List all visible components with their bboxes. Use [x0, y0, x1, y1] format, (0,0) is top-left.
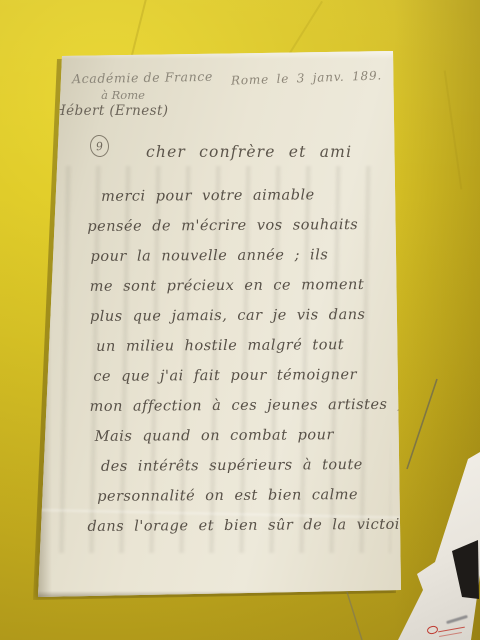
letter-paper: Académie de France à Rome Hébert (Ernest…: [38, 51, 403, 598]
handwritten-line: Mais quand on combat pour: [95, 427, 334, 451]
handwritten-line: un milieu hostile malgré tout: [96, 337, 344, 361]
letter-body: merci pour votre aimable pensée de m'écr…: [36, 50, 405, 600]
handwritten-line: ce que j'ai fait pour témoigner: [93, 367, 357, 391]
handwritten-line: merci pour votre aimable: [101, 187, 315, 210]
handwritten-line: me sont précieux en ce moment: [90, 277, 365, 301]
folder-crease: [444, 70, 462, 189]
handwritten-line: personnalité on est bien calme: [97, 487, 358, 511]
handwritten-line: plus que jamais, car je vis dans: [90, 307, 366, 331]
handwritten-line: pensée de m'écrire vos souhaits: [87, 217, 358, 241]
handwritten-line: pour la nouvelle année ; ils: [90, 247, 328, 271]
handwritten-line: mon affection à ces jeunes artistes ;: [90, 397, 404, 421]
handwritten-line: des intérêts supérieurs à toute: [101, 457, 363, 481]
handwritten-line: dans l'orage et bien sûr de la victoire: [87, 517, 416, 541]
